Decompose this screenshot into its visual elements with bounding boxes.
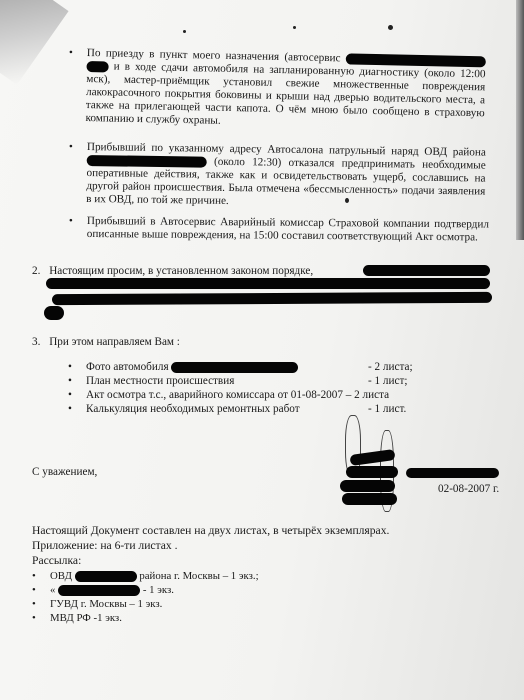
- mailing-item: ОВД района г. Москвы – 1 экз.;: [50, 569, 259, 583]
- item-2: 2. Настоящим просим, в установленном зак…: [32, 265, 313, 278]
- redaction-mark: [346, 466, 398, 478]
- redaction-mark: [75, 571, 137, 582]
- redaction-mark: [342, 493, 397, 505]
- mailing-text: ГУВД г. Москвы – 1 экз.: [50, 598, 162, 610]
- attachment-item: Фото автомобиля - 2 листа;: [86, 360, 389, 374]
- item-text: При этом направляем Вам :: [49, 336, 180, 348]
- mailing-text: «: [50, 584, 55, 596]
- attachment-pages: - 2 листа;: [368, 360, 413, 374]
- bullet-arrival: По приезду в пункт моего назначения (авт…: [85, 47, 486, 133]
- mailing-label: Рассылка:: [32, 554, 81, 567]
- redaction-mark: [86, 61, 108, 72]
- attachment-label: Акт осмотра т.с., аварийного комиссара о…: [86, 389, 343, 401]
- attachment-label: План местности происшествия: [86, 375, 234, 387]
- mailing-item: ГУВД г. Москвы – 1 экз.: [50, 597, 259, 611]
- redaction-mark: [58, 585, 140, 596]
- item-3: 3. При этом направляем Вам :: [32, 336, 180, 349]
- mailing-text: ОВД: [50, 570, 72, 582]
- scan-edge-shadow: [516, 0, 524, 240]
- bullet-text: и в ходе сдачи автомобиля на запланирова…: [85, 61, 485, 127]
- attachments-list: Фото автомобиля - 2 листа; План местност…: [86, 360, 389, 416]
- redaction-mark: [46, 278, 490, 289]
- item-text: Настоящим просим, в установленном законо…: [49, 265, 313, 277]
- attachment-item: Акт осмотра т.с., аварийного комиссара о…: [86, 388, 389, 402]
- redaction-mark: [171, 362, 298, 373]
- redaction-mark: [406, 468, 499, 478]
- mailing-text: МВД РФ -1 экз.: [50, 612, 122, 624]
- scan-speck: [293, 26, 296, 29]
- folded-corner: [0, 0, 69, 85]
- attachment-item: Калькуляция необходимых ремонтных работ …: [86, 402, 389, 416]
- redaction-mark: [44, 306, 64, 320]
- copies-note: Настоящий Документ составлен на двух лис…: [32, 524, 389, 537]
- closing-salutation: С уважением,: [32, 466, 97, 479]
- redaction-mark: [87, 155, 207, 168]
- attachment-pages: - 1 лист;: [368, 374, 407, 388]
- bullet-text: Прибывший в Автосервис Аварийный комисса…: [87, 215, 489, 243]
- attachment-label: Фото автомобиля: [86, 361, 169, 373]
- scan-speck: [183, 30, 186, 33]
- attachment-pages: – 2 листа: [346, 389, 389, 401]
- mailing-text: района г. Москвы – 1 экз.;: [139, 570, 258, 582]
- attachment-item: План местности происшествия - 1 лист;: [86, 374, 389, 388]
- bullet-insurance-commissar: Прибывший в Автосервис Аварийный комисса…: [87, 215, 489, 245]
- mailing-item: « - 1 экз.: [50, 583, 259, 597]
- scanned-document-page: По приезду в пункт моего назначения (авт…: [0, 0, 524, 700]
- redaction-mark: [52, 292, 492, 305]
- item-number: 3.: [32, 336, 40, 348]
- redaction-mark: [363, 265, 490, 276]
- mailing-item: МВД РФ -1 экз.: [50, 611, 259, 625]
- bullet-police-patrol: Прибывший по указанному адресу Автосалон…: [86, 141, 486, 212]
- item-number: 2.: [32, 265, 40, 277]
- mailing-text: - 1 экз.: [143, 584, 174, 596]
- attachment-pages: - 1 лист.: [368, 402, 406, 416]
- document-date: 02-08-2007 г.: [438, 483, 499, 496]
- redaction-mark: [340, 480, 395, 492]
- mailing-list: ОВД района г. Москвы – 1 экз.; « - 1 экз…: [50, 569, 259, 625]
- scan-speck: [388, 25, 393, 30]
- appendix-note: Приложение: на 6-ти листах .: [32, 539, 178, 552]
- attachment-label: Калькуляция необходимых ремонтных работ: [86, 403, 300, 415]
